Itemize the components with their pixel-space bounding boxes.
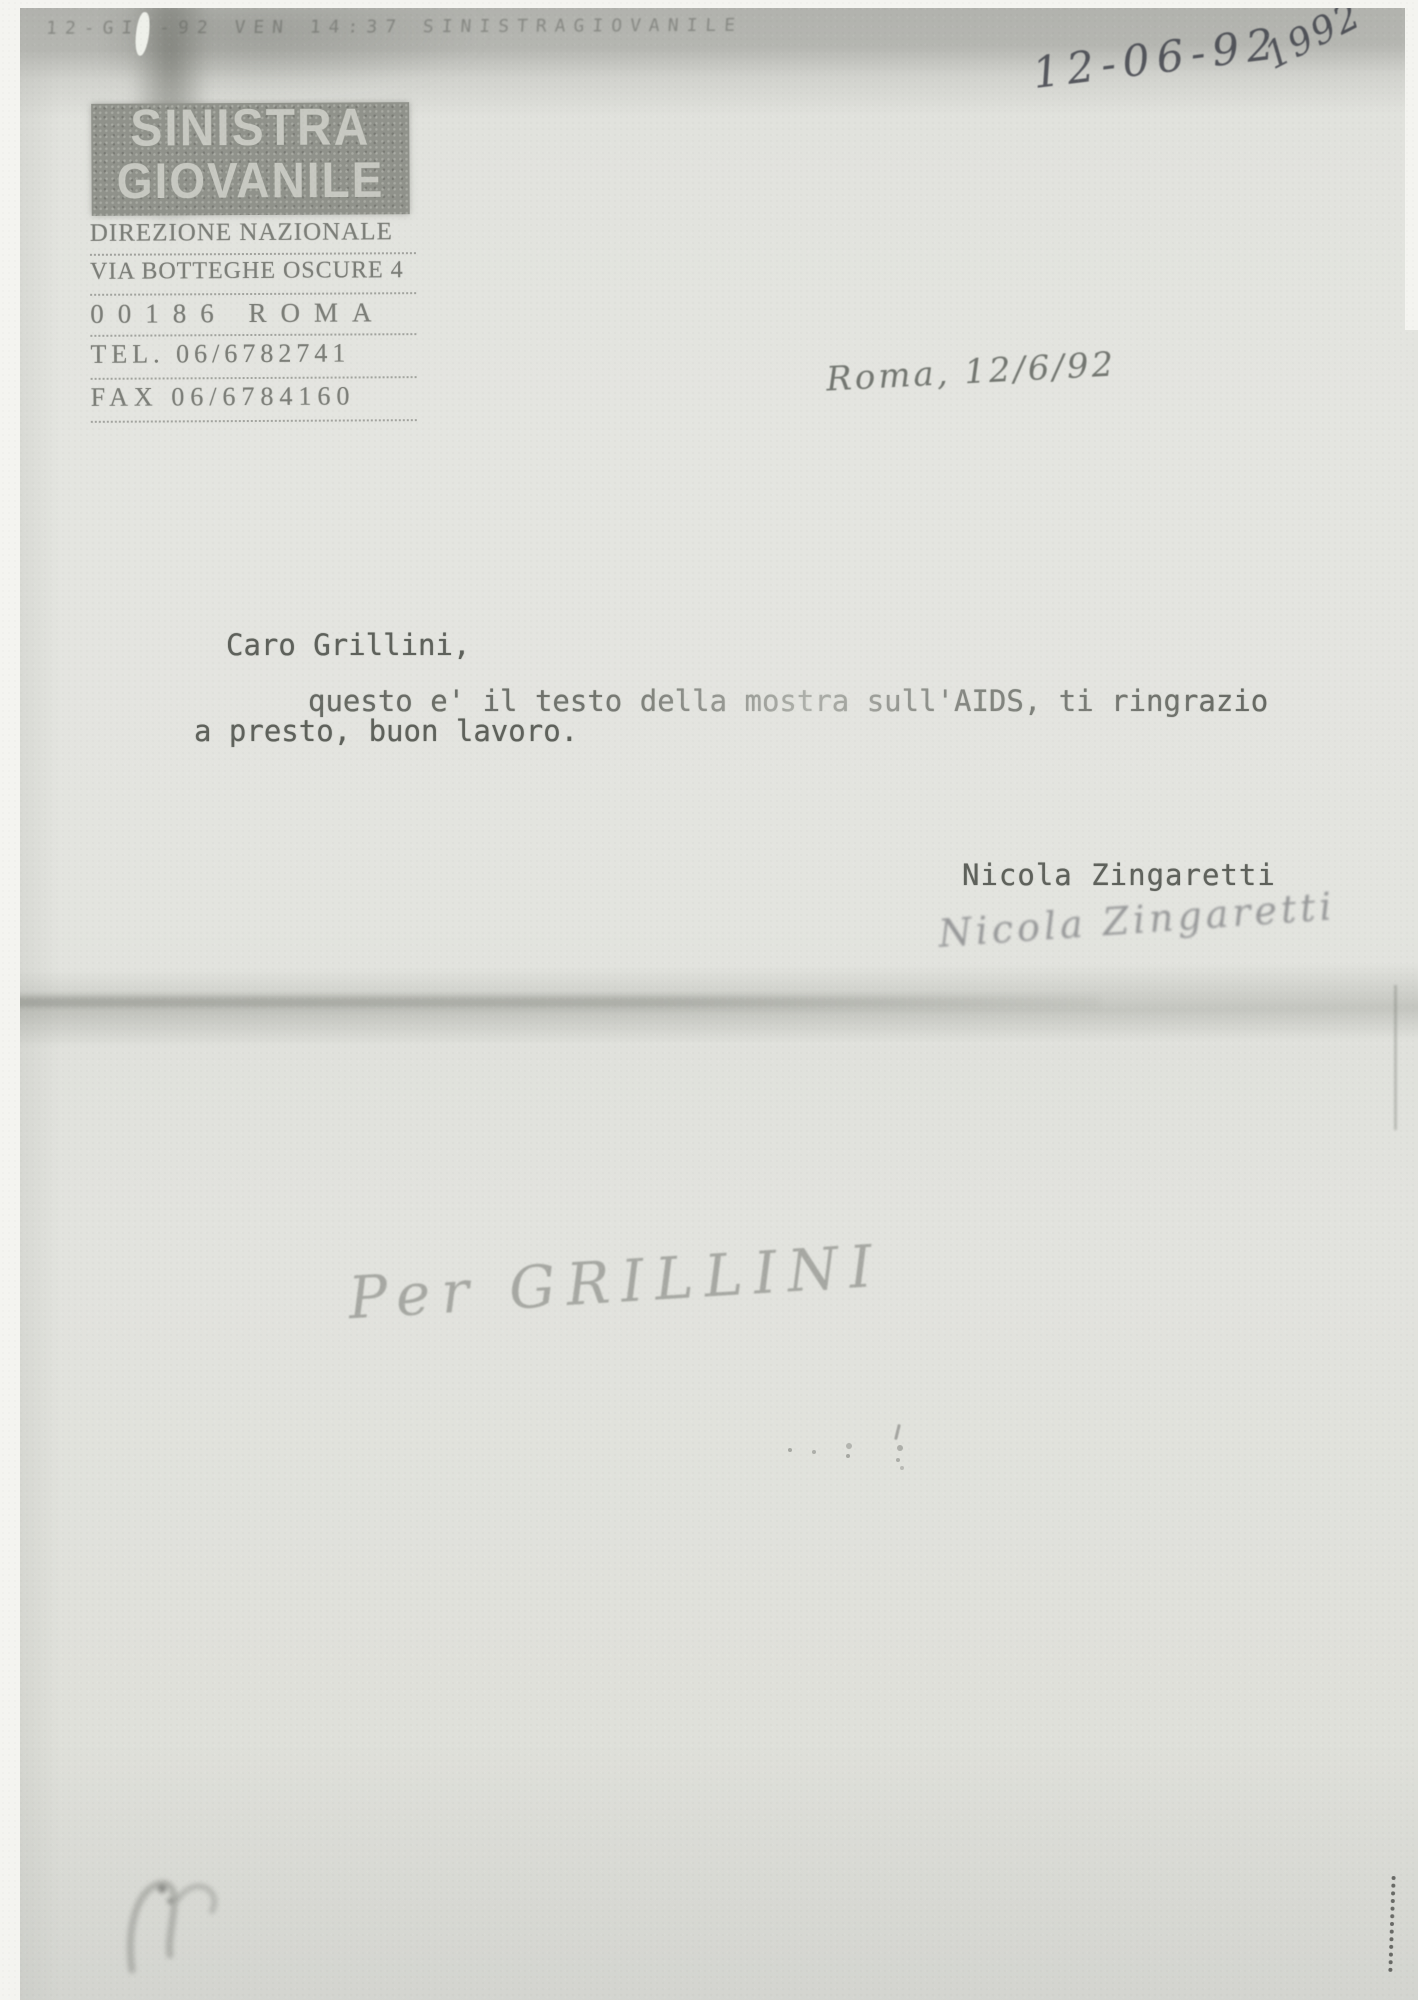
letterhead-divider	[90, 333, 416, 337]
fax-header-text: 12-GIU-92 VEN 14:37 SINISTRAGIOVANILE	[45, 12, 1286, 38]
pencil-smudge	[118, 1855, 248, 1975]
scan-edge-left	[0, 0, 20, 2000]
letterhead-divider	[90, 292, 416, 296]
signature-typed-name: Nicola Zingaretti	[962, 858, 1276, 892]
letterhead-postal-city: 00186 ROMA	[90, 297, 416, 330]
scan-edge-right	[1405, 0, 1418, 330]
letter-salutation: Caro Grillini,	[226, 628, 470, 662]
letter-body-line1: questo e' il testo della mostra sull'AID…	[308, 684, 1268, 718]
fold-crease-core	[0, 996, 1100, 1008]
letterhead-divider	[91, 376, 417, 380]
letterhead-address: VIA BOTTEGHE OSCURE 4	[90, 257, 416, 286]
faint-pencil-dots	[788, 1448, 792, 1452]
letterhead-fax-number: FAX 06/6784160	[91, 381, 417, 413]
scan-edge-top	[0, 0, 1418, 8]
org-logo: SINISTRA GIOVANILE	[91, 102, 410, 216]
fold-edge-mark	[1394, 985, 1397, 1130]
scanned-letter-page: 12-GIU-92 VEN 14:37 SINISTRAGIOVANILE 12…	[0, 0, 1418, 2000]
letter-body-line2: a presto, buon lavoro.	[194, 714, 578, 748]
letterhead-telephone: TEL. 06/6782741	[90, 338, 416, 370]
letterhead-divider	[91, 419, 417, 423]
org-logo-line2: GIOVANILE	[91, 150, 409, 210]
letterhead: SINISTRA GIOVANILE DIREZIONE NAZIONALE V…	[89, 102, 417, 428]
letterhead-department: DIREZIONE NAZIONALE	[90, 218, 416, 248]
letterhead-divider	[90, 252, 416, 256]
